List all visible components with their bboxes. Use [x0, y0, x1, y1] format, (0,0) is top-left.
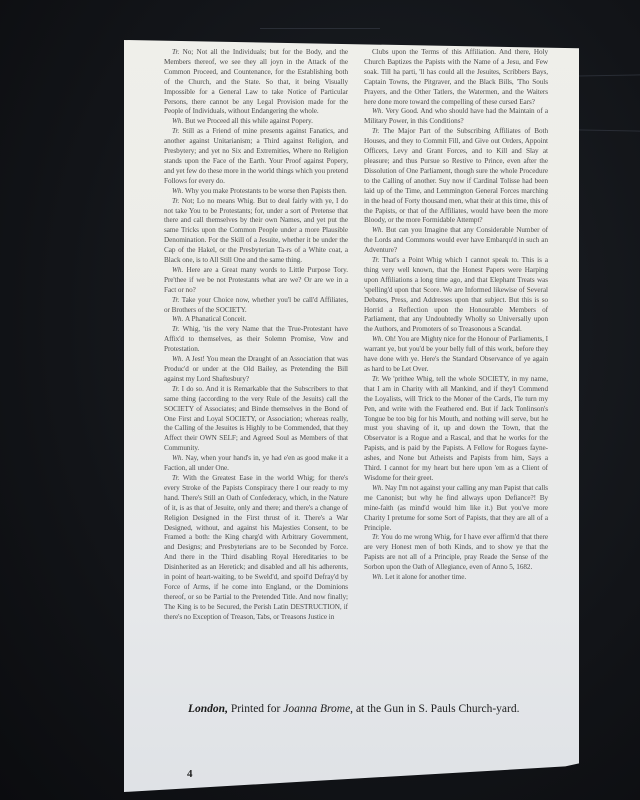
imprint-city: London, [188, 703, 228, 715]
paragraph-text: I do so. And it is Remarkable that the S… [164, 385, 348, 452]
speaker-label: Wh. [172, 266, 186, 274]
dialogue-paragraph: Tr. Whig, 'tis the very Name that the Tr… [164, 325, 348, 355]
paragraph-text: We 'prithee Whig, tell the whole SOCIETY… [364, 375, 548, 482]
paragraph-text: Nay, when your hand's in, ye had e'en as… [164, 454, 348, 472]
paragraph-text: The Major Part of the Subscribing Affili… [364, 127, 548, 224]
dialogue-paragraph: Tr. That's a Point Whig which I cannot s… [364, 256, 548, 335]
dialogue-paragraph: Clubs upon the Terms of this Affiliation… [364, 48, 548, 107]
imprint-line: London, Printed for Joanna Brome, at the… [188, 703, 568, 715]
paragraph-text: But we Proceed all this while against Po… [185, 117, 313, 125]
speaker-label: Tr. [372, 533, 381, 541]
paragraph-text: Nay I'm not against your calling any man… [364, 484, 548, 532]
paragraph-text: Very Good. And who should have had the M… [364, 107, 548, 125]
dialogue-paragraph: Wh. A Jest! You mean the Draught of an A… [164, 355, 348, 385]
paragraph-text: That's a Point Whig which I cannot speak… [364, 256, 548, 333]
dialogue-paragraph: Wh. Why you make Protestants to be worse… [164, 187, 348, 197]
printed-page: Tr. No; Not all the Individuals; but for… [124, 40, 579, 792]
speaker-label: Wh. [372, 484, 385, 492]
paragraph-text: Still as a Friend of mine presents again… [164, 127, 348, 185]
paragraph-text: A Phanatical Conceit. [185, 315, 246, 323]
dialogue-paragraph: Wh. Nay, when your hand's in, ye had e'e… [164, 454, 348, 474]
speaker-label: Tr. [372, 256, 382, 264]
signature-mark: 4 [187, 768, 193, 780]
paragraph-text: Clubs upon the Terms of this Affiliation… [364, 48, 548, 106]
speaker-label: Wh. [172, 187, 185, 195]
paragraph-text: Take your Choice now, whether you'l be c… [164, 296, 348, 314]
speaker-label: Wh. [172, 117, 185, 125]
dialogue-paragraph: Wh. But we Proceed all this while agains… [164, 117, 348, 127]
dialogue-paragraph: Wh. Let it alone for another time. [364, 573, 548, 583]
speaker-label: Wh. [372, 573, 385, 581]
paragraph-text: But can you Imagine that any Considerabl… [364, 226, 548, 254]
fabric-fold [575, 129, 640, 131]
speaker-label: Wh. [372, 226, 386, 234]
dialogue-paragraph: Wh. Nay I'm not against your calling any… [364, 484, 548, 534]
speaker-label: Tr. [172, 325, 182, 333]
dialogue-paragraph: Tr. I do so. And it is Remarkable that t… [164, 385, 348, 454]
paragraph-text: Whig, 'tis the very Name that the True-P… [164, 325, 348, 353]
dialogue-paragraph: Tr. With the Greatest Ease in the world … [164, 474, 348, 623]
dialogue-paragraph: Tr. Still as a Friend of mine presents a… [164, 127, 348, 186]
dialogue-paragraph: Wh. Here are a Great many words to Littl… [164, 266, 348, 296]
speaker-label: Wh. [172, 355, 185, 363]
dialogue-paragraph: Tr. Take your Choice now, whether you'l … [164, 296, 348, 316]
dialogue-paragraph: Tr. We 'prithee Whig, tell the whole SOC… [364, 375, 548, 484]
speaker-label: Wh. [372, 335, 385, 343]
dialogue-paragraph: Wh. Very Good. And who should have had t… [364, 107, 548, 127]
speaker-label: Tr. [172, 48, 183, 56]
speaker-label: Wh. [172, 315, 185, 323]
speaker-label: Tr. [172, 474, 183, 482]
speaker-label: Tr. [172, 296, 182, 304]
imprint-publisher: Joanna Brome, [283, 703, 353, 715]
fabric-fold [570, 74, 640, 76]
paragraph-text: A Jest! You mean the Draught of an Assoc… [164, 355, 348, 383]
speaker-label: Wh. [172, 454, 185, 462]
speaker-label: Tr. [172, 385, 182, 393]
paragraph-text: With the Greatest Ease in the world Whig… [164, 474, 348, 621]
dialogue-paragraph: Tr. The Major Part of the Subscribing Af… [364, 127, 548, 226]
paragraph-text: Not; Lo no means Whig. But to deal fairl… [164, 197, 348, 264]
paragraph-text: Oh! You are Mighty nice for the Honour o… [364, 335, 548, 373]
paragraph-text: Why you make Protestants to be worse the… [185, 187, 347, 195]
speaker-label: Tr. [172, 197, 182, 205]
dialogue-paragraph: Tr. Not; Lo no means Whig. But to deal f… [164, 197, 348, 266]
speaker-label: Tr. [172, 127, 182, 135]
speaker-label: Wh. [372, 107, 385, 115]
imprint-location: at the Gun in S. Pauls Church-yard. [356, 703, 520, 715]
right-column: Clubs upon the Terms of this Affiliation… [364, 48, 548, 583]
dialogue-paragraph: Tr. You do me wrong Whig, for I have eve… [364, 533, 548, 573]
fabric-fold [260, 28, 380, 29]
paragraph-text: No; Not all the Individuals; but for the… [164, 48, 348, 115]
paragraph-text: Let it alone for another time. [385, 573, 466, 581]
left-column: Tr. No; Not all the Individuals; but for… [164, 48, 348, 623]
dialogue-paragraph: Wh. Oh! You are Mighty nice for the Hono… [364, 335, 548, 375]
speaker-label: Tr. [372, 375, 382, 383]
dialogue-paragraph: Wh. A Phanatical Conceit. [164, 315, 348, 325]
dialogue-paragraph: Wh. But can you Imagine that any Conside… [364, 226, 548, 256]
paragraph-text: Here are a Great many words to Little Pu… [164, 266, 348, 294]
imprint-printed-for: Printed for [231, 703, 281, 715]
paragraph-text: You do me wrong Whig, for I have ever af… [364, 533, 548, 571]
speaker-label: Tr. [372, 127, 383, 135]
dialogue-paragraph: Tr. No; Not all the Individuals; but for… [164, 48, 348, 117]
page-text-block: Tr. No; Not all the Individuals; but for… [164, 48, 550, 738]
